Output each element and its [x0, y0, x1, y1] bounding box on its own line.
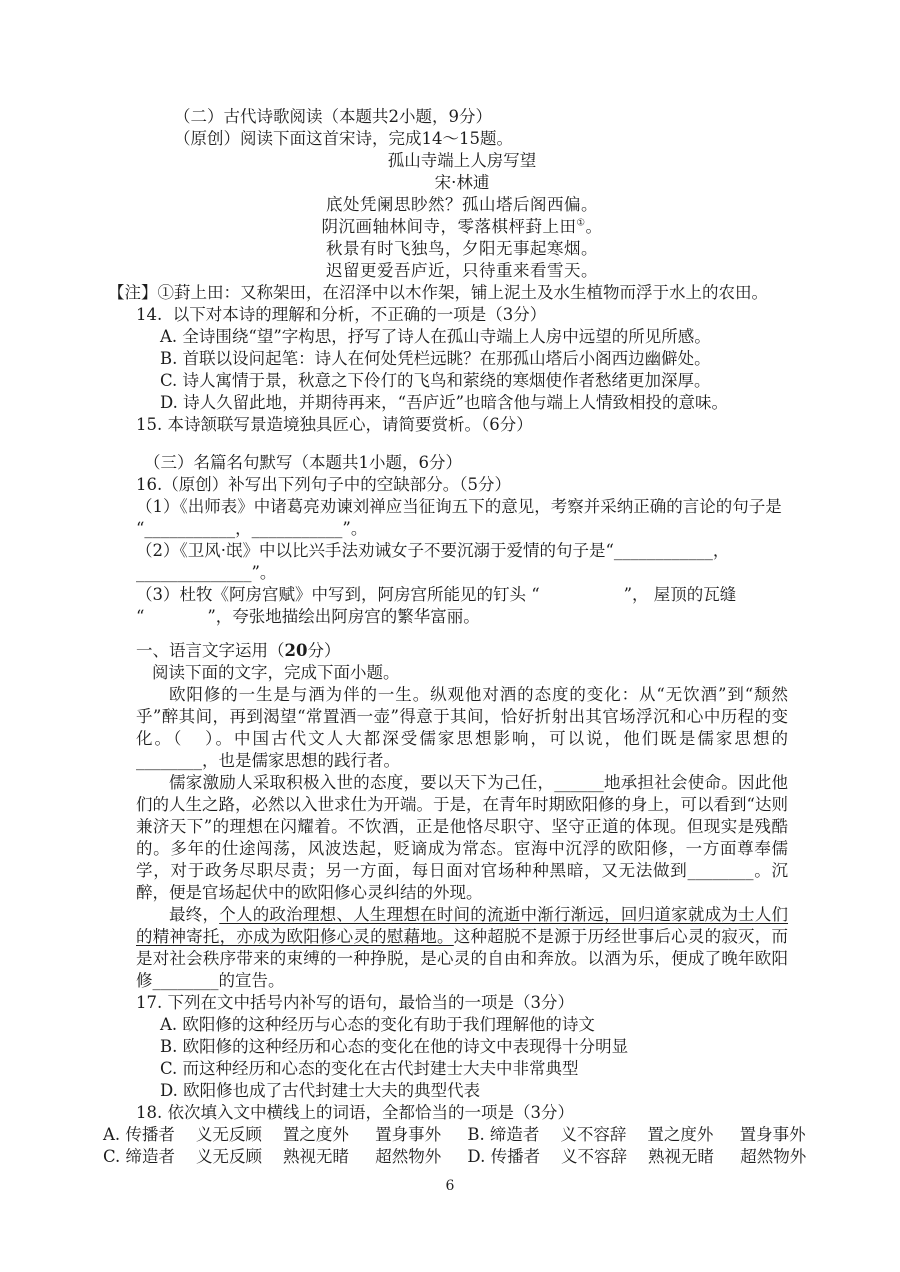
footnote-marker: ①: [576, 218, 585, 229]
poem-line-4: 迟留更爱吾庐近，只待重来看雪天。: [136, 260, 788, 282]
q16-stem: 16.（原创）补写出下列句子中的空缺部分。（5分）: [136, 474, 788, 496]
q18-stem: 18. 依次填入文中横线上的词语，全都恰当的一项是（3分）: [136, 1102, 788, 1124]
exam-page: （二）古代诗歌阅读（本题共2小题，9分） （原创）阅读下面这首宋诗，完成14～1…: [0, 0, 900, 1272]
language-heading-text: 一、语言文字运用（: [136, 641, 285, 660]
poem-author: 宋·林逋: [136, 172, 788, 194]
q17-option-d: D. 欧阳修也成了古代封建士大夫的典型代表: [160, 1080, 788, 1102]
poem-line-2: 阴沉画轴林间寺，零落棋枰葑上田①。: [136, 216, 788, 238]
q18-options-row-1: A. 传播者 义无反顾 置之度外 置身事外 B. 缔造者 义不容辞 置之度外 置…: [103, 1124, 788, 1146]
section3-header: （三）名篇名句默写（本题共1小题，6分）: [144, 452, 788, 474]
page-content: （二）古代诗歌阅读（本题共2小题，9分） （原创）阅读下面这首宋诗，完成14～1…: [136, 106, 788, 1168]
passage-paragraph-1: 欧阳修的一生是与酒为伴的一生。纵观他对酒的态度的变化：从“无饮酒”到“颓然乎”醉…: [136, 684, 788, 772]
q14-option-a: A. 全诗围绕“望”字构思，抒写了诗人在孤山寺端上人房中远望的所见所感。: [160, 326, 788, 348]
section2-header: （二）古代诗歌阅读（本题共2小题，9分）: [174, 106, 788, 128]
language-section-heading: 一、语言文字运用（20分）: [136, 640, 788, 662]
q14-option-c: C. 诗人寓情于景，秋意之下伶仃的飞鸟和萦绕的寒烟使作者愁绪更加深厚。: [160, 370, 788, 392]
q17-option-a: A. 欧阳修的这种经历与心态的变化有助于我们理解他的诗文: [160, 1014, 788, 1036]
poem-footnote: 【注】①葑上田：又称架田，在沼泽中以木作架，铺上泥土及水生植物而浮于水上的农田。: [108, 282, 788, 304]
language-heading-suffix: 分）: [307, 641, 340, 660]
section2-intro: （原创）阅读下面这首宋诗，完成14～15题。: [174, 128, 788, 150]
poem-title: 孤山寺端上人房写望: [136, 150, 788, 172]
q17-stem: 17. 下列在文中括号内补写的语句，最恰当的一项是（3分）: [136, 992, 788, 1014]
q14-option-b: B. 首联以设问起笔：诗人在何处凭栏远眺？在那孤山塔后小阁西边幽僻处。: [160, 348, 788, 370]
q14-option-d: D. 诗人久留此地，并期待再来，“吾庐近”也暗含他与端上人情致相投的意味。: [160, 392, 788, 414]
q17-option-b: B. 欧阳修的这种经历和心态的变化在他的诗文中表现得十分明显: [160, 1036, 788, 1058]
page-number: 6: [0, 1178, 900, 1194]
poem-line-1: 底处凭阑思眇然？孤山塔后阁西偏。: [136, 194, 788, 216]
q18-options-row-2: C. 缔造者 义无反顾 熟视无睹 超然物外 D. 传播者 义不容辞 熟视无睹 超…: [103, 1146, 788, 1168]
poem-block: 孤山寺端上人房写望 宋·林逋 底处凭阑思眇然？孤山塔后阁西偏。 阴沉画轴林间寺，…: [136, 150, 788, 282]
passage-paragraph-2: 儒家激励人采取积极入世的态度，要以天下为己任，______地承担社会使命。因此他…: [136, 772, 788, 904]
poem-line-2-end: 。: [586, 217, 603, 236]
q16-item-2: （2）《卫风·氓》中以比兴手法劝诫女子不要沉溺于爱情的句子是“_________…: [136, 540, 788, 584]
q14-stem: 14. 以下对本诗的理解和分析，不正确的一项是（3分）: [136, 304, 788, 326]
q16-item-1: （1）《出师表》中诸葛亮劝谏刘禅应当征询五下的意见，考察并采纳正确的言论的句子是…: [136, 496, 788, 540]
q17-option-c: C. 而这种经历和心态的变化在古代封建士大夫中非常典型: [160, 1058, 788, 1080]
poem-line-3: 秋景有时飞独鸟，夕阳无事起寒烟。: [136, 238, 788, 260]
q15-stem: 15. 本诗颔联写景造境独具匠心，请简要赏析。（6分）: [136, 414, 788, 436]
q16-item-3: （3）杜牧《阿房宫赋》中写到，阿房宫所能见的钉头 “ ”， 屋顶的瓦缝 “ ”，…: [136, 584, 788, 628]
paragraph-3-prefix: 最终，: [169, 905, 219, 924]
language-intro: 阅读下面的文字，完成下面小题。: [152, 662, 788, 684]
passage-paragraph-3: 最终，个人的政治理想、人生理想在时间的流逝中渐行渐远，回归道家就成为士人们的精神…: [136, 904, 788, 992]
poem-line-2-text: 阴沉画轴林间寺，零落棋枰葑上田: [321, 217, 576, 236]
language-heading-score: 20: [285, 641, 308, 660]
